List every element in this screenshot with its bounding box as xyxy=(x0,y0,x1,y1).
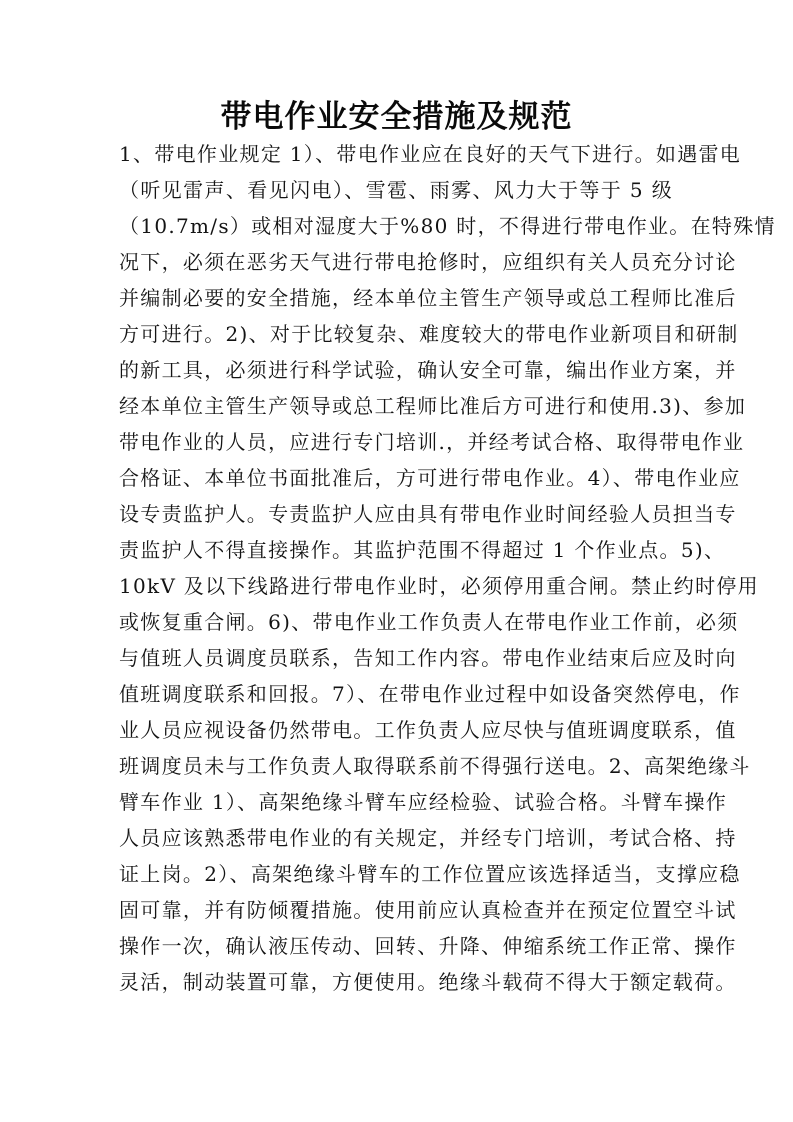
body-line: 操作一次，确认液压传动、回转、升降、伸缩系统工作正常、操作 xyxy=(119,928,673,964)
body-line: 业人员应视设备仍然带电。工作负责人应尽快与值班调度联系，值 xyxy=(119,712,673,748)
document-page: 带电作业安全措施及规范 1、带电作业规定 1）、带电作业应在良好的天气下进行。如… xyxy=(0,0,793,1122)
document-title: 带电作业安全措施及规范 xyxy=(0,97,793,137)
body-line: 人员应该熟悉带电作业的有关规定，并经专门培训，考试合格、持 xyxy=(119,820,673,856)
body-line: 合格证、本单位书面批准后，方可进行带电作业。4）、带电作业应 xyxy=(119,460,673,496)
body-line: 10kV 及以下线路进行带电作业时，必须停用重合闸。禁止约时停用 xyxy=(119,568,673,604)
body-line: 方可进行。2)、对于比较复杂、难度较大的带电作业新项目和研制 xyxy=(119,316,673,352)
body-line: 的新工具，必须进行科学试验，确认安全可靠，编出作业方案，并 xyxy=(119,352,673,388)
body-line: 设专责监护人。专责监护人应由具有带电作业时间经验人员担当专 xyxy=(119,496,673,532)
body-line: 与值班人员调度员联系，告知工作内容。带电作业结束后应及时向 xyxy=(119,640,673,676)
body-line: 带电作业的人员，应进行专门培训.，并经考试合格、取得带电作业 xyxy=(119,424,673,460)
body-line: 值班调度联系和回报。7）、在带电作业过程中如设备突然停电，作 xyxy=(119,676,673,712)
document-body: 1、带电作业规定 1）、带电作业应在良好的天气下进行。如遇雷电 （听见雷声、看见… xyxy=(119,136,679,1000)
body-line: 臂车作业 1）、高架绝缘斗臂车应经检验、试验合格。斗臂车操作 xyxy=(119,784,673,820)
body-line: 1、带电作业规定 1）、带电作业应在良好的天气下进行。如遇雷电 xyxy=(119,136,673,172)
body-line: 班调度员未与工作负责人取得联系前不得强行送电。2、高架绝缘斗 xyxy=(119,748,673,784)
body-line: 或恢复重合闸。6)、带电作业工作负责人在带电作业工作前，必须 xyxy=(119,604,673,640)
body-line: 证上岗。2）、高架绝缘斗臂车的工作位置应该选择适当，支撑应稳 xyxy=(119,856,673,892)
body-line: 固可靠，并有防倾覆措施。使用前应认真检查并在预定位置空斗试 xyxy=(119,892,673,928)
body-line: 况下，必须在恶劣天气进行带电抢修时，应组织有关人员充分讨论 xyxy=(119,244,673,280)
body-line: 经本单位主管生产领导或总工程师比准后方可进行和使用.3)、参加 xyxy=(119,388,673,424)
body-line: （听见雷声、看见闪电）、雪雹、雨雾、风力大于等于 5 级 xyxy=(119,172,673,208)
body-line: 灵活，制动装置可靠，方便使用。绝缘斗载荷不得大于额定载荷。 xyxy=(119,964,673,1000)
body-line: 责监护人不得直接操作。其监护范围不得超过 1 个作业点。5)、 xyxy=(119,532,673,568)
body-line: （10.7m/s）或相对湿度大于%80 时，不得进行带电作业。在特殊情 xyxy=(119,208,673,244)
body-line: 并编制必要的安全措施，经本单位主管生产领导或总工程师比准后 xyxy=(119,280,673,316)
